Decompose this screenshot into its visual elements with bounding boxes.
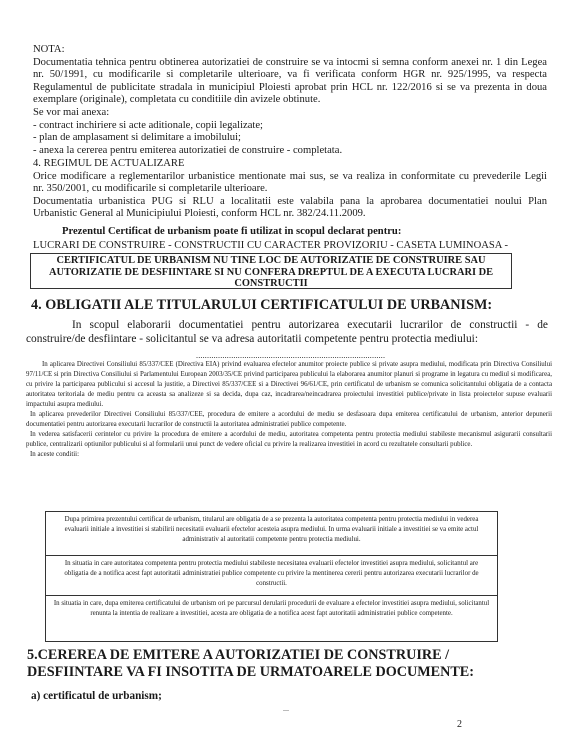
condition-box: Dupa primirea prezentului certificat de … [45,511,498,556]
annex-intro: Se vor mai anexa: [33,107,547,120]
env-paragraph: In vederea satisfacerii cerintelor cu pr… [26,430,552,450]
warning-box: CERTIFICATUL DE URBANISM NU TINE LOC DE … [30,253,512,289]
nota-section: NOTA: Documentatia tehnica pentru obtine… [33,44,547,157]
regim-actualizare-section: 4. REGIMUL DE ACTUALIZARE Orice modifica… [33,158,547,221]
nota-title: NOTA: [33,44,547,57]
purpose-value: LUCRARI DE CONSTRUIRE - CONSTRUCTII CU C… [33,240,508,251]
regim-line: Orice modificare a reglementarilor urban… [33,171,547,184]
page-number: 2 [457,719,462,730]
scan-artifact [283,710,289,711]
env-paragraph: In aceste conditii: [26,450,552,460]
environment-text: In aplicarea Directivei Consiliului 85/3… [26,360,552,460]
section4-title: 4. OBLIGATII ALE TITULARULUI CERTIFICATU… [31,297,492,314]
purpose-heading: Prezentul Certificat de urbanism poate f… [62,226,401,237]
annex-item: - anexa la cererea pentru emiterea autor… [33,145,547,158]
condition-box: In situatia in care autoritatea competen… [45,555,498,596]
dotted-placeholder: ........................................… [196,351,385,360]
env-paragraph: In aplicarea prevederilor Directivei Con… [26,410,552,430]
document-item: a) certificatul de urbanism; [31,690,162,702]
annex-item: - contract inchiriere si acte aditionale… [33,120,547,133]
regim-title: 4. REGIMUL DE ACTUALIZARE [33,158,547,171]
nota-paragraph: Documentatia tehnica pentru obtinerea au… [33,57,547,107]
section5-title: 5.CEREREA DE EMITERE A AUTORIZATIEI DE C… [27,647,547,681]
condition-box: In situatia in care, dupa emiterea certi… [45,595,498,642]
env-paragraph: In aplicarea Directivei Consiliului 85/3… [26,360,552,410]
section4-intro: In scopul elaborarii documentatiei pentr… [26,318,548,346]
regim-line: Documentatia urbanistica PUG si RLU a lo… [33,196,547,209]
regim-line: Urbanistic General al Municipiului Ploie… [33,208,547,221]
regim-line: nr. 350/2001, cu modificarile si complet… [33,183,547,196]
annex-item: - plan de amplasament si delimitare a im… [33,132,547,145]
